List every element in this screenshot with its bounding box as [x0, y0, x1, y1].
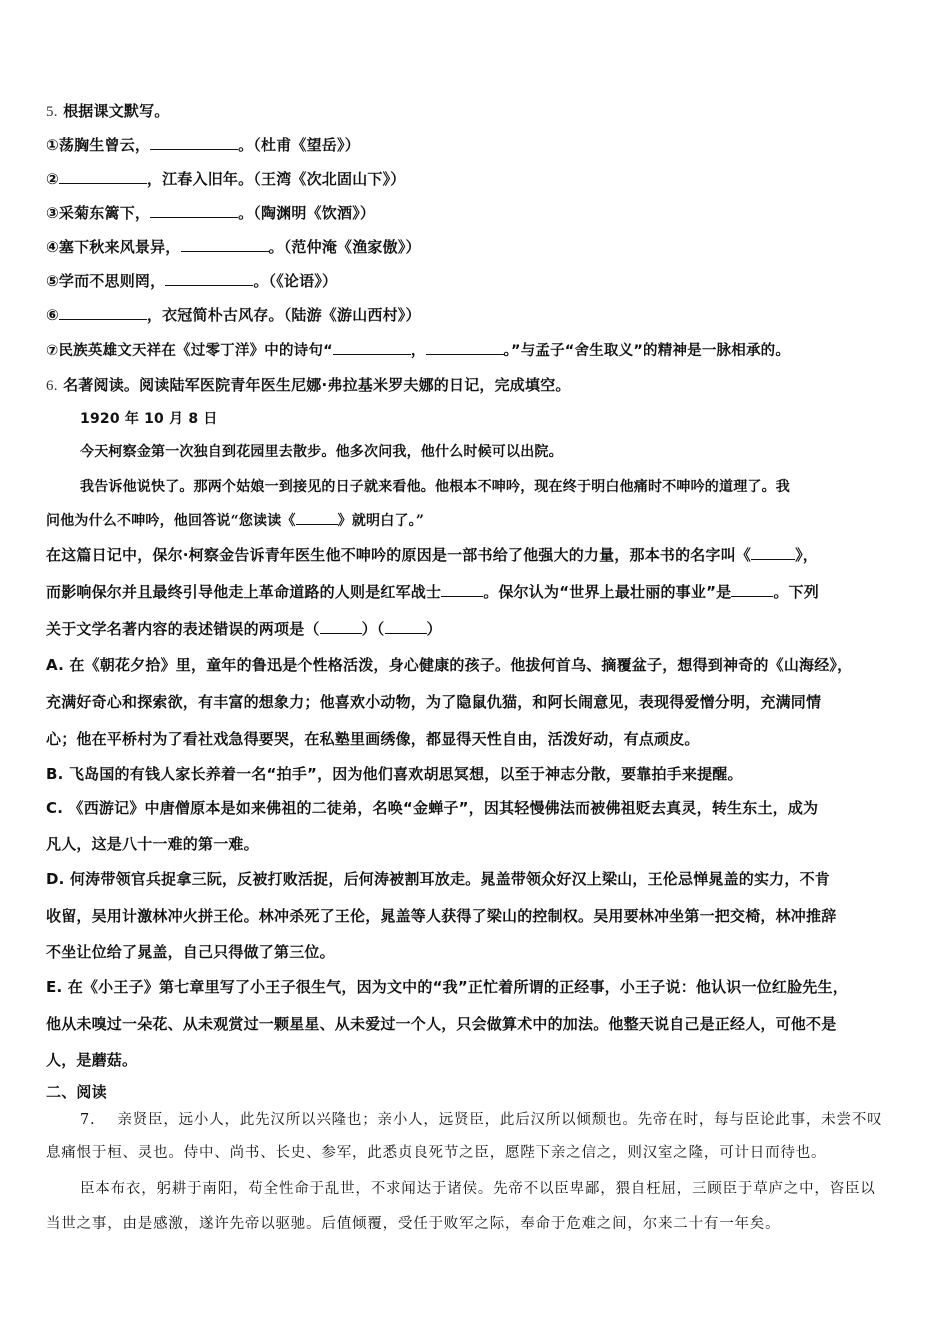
option-c-line-2: 凡人，这是八十一难的第一难。	[46, 834, 259, 854]
answer-blank[interactable]	[320, 619, 362, 634]
fill-text: ）	[427, 620, 442, 638]
q5-item-5: ⑤学而不思则罔，。（《论语》）	[46, 271, 337, 291]
fill-text: 关于文学名著内容的表述错误的两项是（	[46, 620, 320, 638]
diary-paragraph-2-line-2: 问他为什么不呻吟，他回答说“您读读《》就明白了。”	[46, 510, 424, 531]
option-b: B. 飞岛国的有钱人家长养着一名“拍手”，因为他们喜欢胡思冥想，以至于神志分散，…	[46, 764, 743, 784]
fill-text: 。下列	[773, 583, 819, 601]
q5-number: 5.	[46, 104, 58, 120]
verse-text: 学而不思则罔，	[59, 272, 165, 290]
comma: ，	[411, 343, 426, 359]
item-marker: ③	[46, 204, 59, 222]
option-d-line-2: 收留，吴用计激林冲火拼王伦。林冲杀死了王伦，晁盖等人获得了梁山的控制权。吴用要林…	[46, 906, 836, 926]
fill-text: ）（	[362, 620, 385, 638]
answer-blank[interactable]	[333, 340, 411, 355]
verse-source: 。（陶渊明《饮酒》）	[238, 204, 375, 222]
q7-line-1: 7.亲贤臣，远小人，此先汉所以兴隆也；亲小人，远贤臣，此后汉所以倾颓也。先帝在时…	[80, 1110, 882, 1130]
diary-paragraph-2-line-1: 我告诉他说快了。那两个姑娘一到接见的日子就来看他。他根本不呻吟，现在终于明白他痛…	[80, 477, 790, 497]
answer-blank[interactable]	[385, 619, 427, 634]
answer-blank[interactable]	[165, 271, 253, 286]
q5-heading: 5. 根据课文默写。	[46, 101, 170, 122]
verse-text: 荡胸生曾云，	[59, 136, 150, 154]
option-d-line-3: 不坐让位给了晁盖，自己只得做了第三位。	[46, 942, 335, 962]
diary-text: 问他为什么不呻吟，他回答说“您读读《	[46, 513, 296, 529]
fill-text: 。保尔认为“世界上最壮丽的事业”是	[483, 583, 731, 601]
answer-blank[interactable]	[150, 135, 238, 150]
answer-blank[interactable]	[150, 203, 238, 218]
q5-title: 根据课文默写。	[63, 102, 169, 120]
fill-line-3: 关于文学名著内容的表述错误的两项是（）（）	[46, 619, 442, 639]
answer-blank[interactable]	[296, 510, 338, 525]
verse-source: 。（范仲淹《渔家傲》）	[269, 238, 421, 256]
q7-line-3: 臣本布衣，躬耕于南阳，苟全性命于乱世，不求闻达于诸侯。先帝不以臣卑鄙，猥自枉屈，…	[80, 1179, 876, 1199]
fill-text: 而影响保尔并且最终引导他走上革命道路的人则是红军战士	[46, 583, 441, 601]
option-a-line-3: 心；他在平桥村为了看社戏急得要哭，在私塾里画绣像，都显得天性自由，活泼好动，有点…	[46, 729, 700, 749]
q6-heading: 6. 名著阅读。阅读陆军医院青年医生尼娜·弗拉基米罗夫娜的日记，完成填空。	[46, 375, 571, 396]
diary-paragraph-1: 今天柯察金第一次独自到花园里去散步。他多次问我，他什么时候可以出院。	[80, 442, 563, 462]
q7-line-4: 当世之事，由是感激，遂许先帝以驱驰。后值倾覆，受任于败军之际，奉命于危难之间，尔…	[46, 1214, 780, 1234]
diary-text: 》就明白了。”	[338, 513, 424, 529]
option-a-line-1: A. 在《朝花夕拾》里，童年的鲁迅是个性格活泼，身心健康的孩子。他拔何首乌、摘覆…	[46, 655, 852, 675]
fill-text: 在这篇日记中，保尔·柯察金告诉青年医生他不呻吟的原因是一部书给了他强大的力量，那…	[46, 546, 751, 564]
verse-text: 采菊东篱下，	[59, 204, 150, 222]
item-marker: ⑦	[46, 343, 58, 359]
q6-title: 名著阅读。阅读陆军医院青年医生尼娜·弗拉基米罗夫娜的日记，完成填空。	[63, 376, 571, 394]
fill-text: 》，	[795, 546, 818, 564]
verse-source: 。（杜甫《望岳》）	[238, 136, 360, 154]
item-marker: ⑥	[46, 306, 59, 324]
classical-text: 亲贤臣，远小人，此先汉所以兴隆也；亲小人，远贤臣，此后汉所以倾颓也。先帝在时，每…	[117, 1112, 882, 1128]
verse-source: ，江春入旧年。（王湾《次北固山下》）	[147, 170, 406, 188]
answer-blank[interactable]	[181, 237, 269, 252]
q5-item-7: ⑦民族英雄文天祥在《过零丁洋》中的诗句“，。”与孟子“舍生取义”的精神是一脉相承…	[46, 340, 790, 361]
answer-blank[interactable]	[441, 582, 483, 597]
answer-blank[interactable]	[751, 545, 795, 560]
option-e-line-2: 他从未嗅过一朵花、从未观赏过一颗星星、从未爱过一个人，只会做算术中的加法。他整天…	[46, 1014, 836, 1034]
option-e-line-1: E. 在《小王子》第七章里写了小王子很生气，因为文中的“我”正忙着所谓的正经事，…	[46, 977, 848, 997]
verse-source: 。（《论语》）	[253, 272, 337, 290]
section-heading-reading: 二、阅读	[46, 1082, 107, 1102]
q5-item-2: ②，江春入旧年。（王湾《次北固山下》）	[46, 169, 406, 189]
diary-date: 1920 年 10 月 8 日	[80, 409, 218, 429]
option-d-line-1: D. 何涛带领官兵捉拿三阮，反被打败活捉，后何涛被割耳放走。晁盖带领众好汉上梁山…	[46, 869, 830, 889]
q7-number: 7.	[80, 1112, 95, 1128]
option-c-line-1: C. 《西游记》中唐僧原本是如来佛祖的二徒弟，名唤“金蝉子”，因其轻慢佛法而被佛…	[46, 798, 818, 818]
verse-source: ，衣冠简朴古风存。（陆游《游山西村》）	[147, 306, 421, 324]
fill-line-1: 在这篇日记中，保尔·柯察金告诉青年医生他不呻吟的原因是一部书给了他强大的力量，那…	[46, 545, 818, 565]
option-a-line-2: 充满好奇心和探索欲，有丰富的想象力；他喜欢小动物，为了隐鼠仇猫，和阿长闹意见，表…	[46, 692, 821, 712]
option-e-line-3: 人，是蘑菇。	[46, 1050, 137, 1070]
answer-blank[interactable]	[59, 305, 147, 320]
q7-line-2: 息痛恨于桓、灵也。侍中、尚书、长史、参军，此悉贞良死节之臣，愿陛下亲之信之，则汉…	[46, 1143, 826, 1163]
q5-item-4: ④塞下秋来风景异，。（范仲淹《渔家傲》）	[46, 237, 421, 257]
q5-item-3: ③采菊东篱下，。（陶渊明《饮酒》）	[46, 203, 375, 223]
answer-blank[interactable]	[426, 340, 504, 355]
q5-item-6: ⑥，衣冠简朴古风存。（陆游《游山西村》）	[46, 305, 421, 325]
q6-number: 6.	[46, 378, 58, 394]
item-marker: ②	[46, 170, 59, 188]
answer-blank[interactable]	[731, 582, 773, 597]
item-marker: ⑤	[46, 272, 59, 290]
item-marker: ④	[46, 238, 59, 256]
verse-source: 。”与孟子“舍生取义”的精神是一脉相承的。	[504, 343, 791, 359]
verse-text: 塞下秋来风景异，	[59, 238, 181, 256]
item-marker: ①	[46, 136, 59, 154]
fill-line-2: 而影响保尔并且最终引导他走上革命道路的人则是红军战士。保尔认为“世界上最壮丽的事…	[46, 582, 819, 602]
verse-text: 民族英雄文天祥在《过零丁洋》中的诗句“	[58, 343, 332, 359]
answer-blank[interactable]	[59, 169, 147, 184]
q5-item-1: ①荡胸生曾云，。（杜甫《望岳》）	[46, 135, 360, 155]
